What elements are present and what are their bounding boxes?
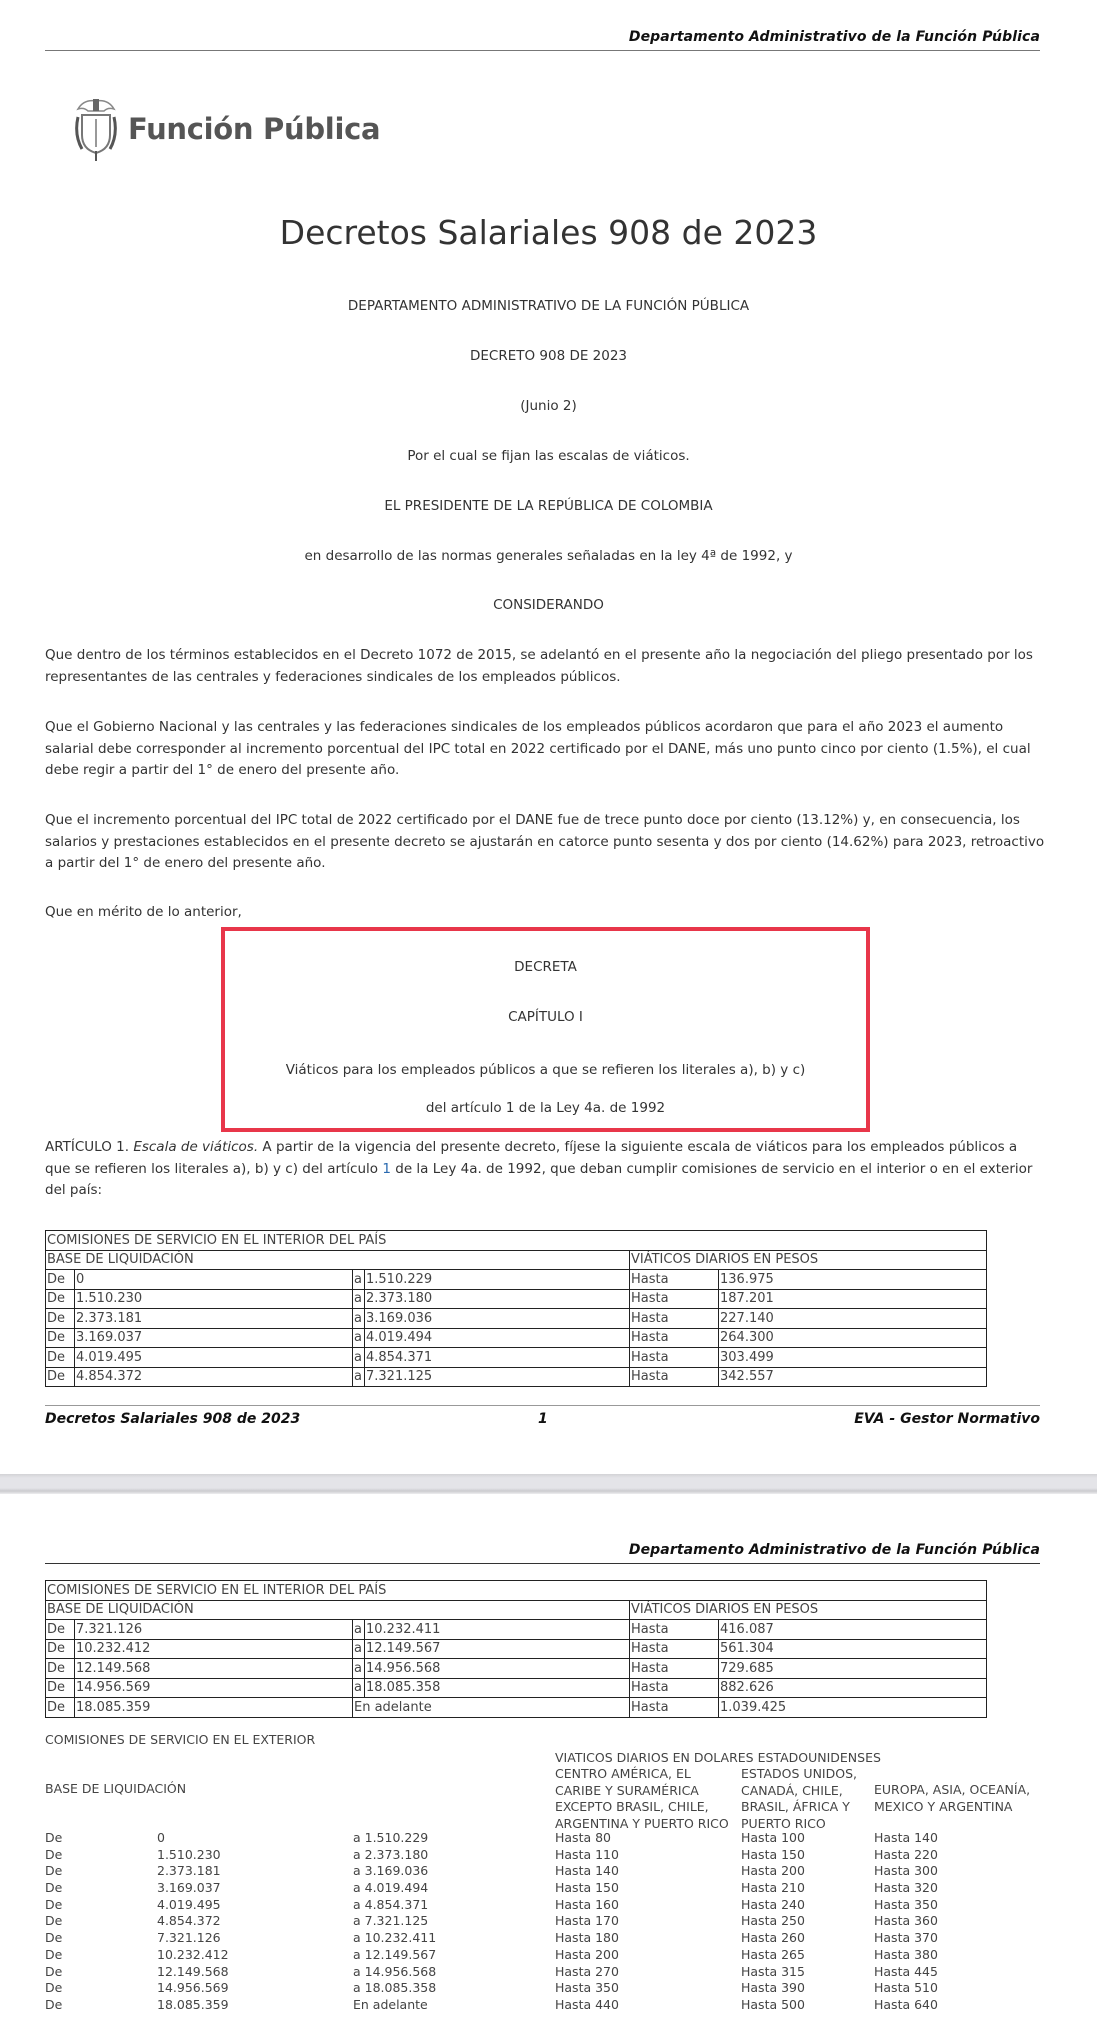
interior-table-title: COMISIONES DE SERVICIO EN EL INTERIOR DE… <box>46 1231 987 1251</box>
a-label: a <box>353 1270 365 1290</box>
range-to: a 4.854.371 <box>353 1897 555 1914</box>
region-3-value: Hasta 360 <box>874 1913 1024 1930</box>
range-from: 10.232.412 <box>75 1639 353 1659</box>
page-header-org: Departamento Administrativo de la Funció… <box>629 1542 1040 1558</box>
considering-paragraph-1: Que dentro de los términos establecidos … <box>45 645 1050 688</box>
region-3-value: Hasta 640 <box>874 1997 1024 2014</box>
chapter-title-line-2: del artículo 1 de la Ley 4a. de 1992 <box>225 1100 866 1116</box>
table-row: De4.019.495a4.854.371Hasta303.499 <box>46 1348 987 1368</box>
article-1-link[interactable]: 1 <box>382 1161 391 1177</box>
table-row: De1.510.230a2.373.180Hasta187.201 <box>46 1289 987 1309</box>
department-line: DEPARTAMENTO ADMINISTRATIVO DE LA FUNCIÓ… <box>0 298 1097 314</box>
table-row: De2.373.181a3.169.036Hasta227.140 <box>46 1309 987 1329</box>
range-to: a 7.321.125 <box>353 1913 555 1930</box>
a-label: a <box>353 1289 365 1309</box>
de-label: De <box>45 1863 157 1880</box>
table-row: De10.232.412a 12.149.567Hasta 200Hasta 2… <box>45 1947 1045 1964</box>
hasta-label: Hasta <box>630 1270 719 1290</box>
range-to: a 18.085.358 <box>353 1980 555 1997</box>
range-to: En adelante <box>353 1698 630 1718</box>
region-header-line: CANADÁ, CHILE, <box>741 1783 857 1800</box>
region-header-line: CARIBE Y SURAMÉRICA <box>555 1783 729 1800</box>
viatico-value: 264.300 <box>719 1328 987 1348</box>
region-3-value: Hasta 370 <box>874 1930 1024 1947</box>
viatico-value: 1.039.425 <box>719 1698 987 1718</box>
a-label: a <box>353 1659 365 1679</box>
range-to: En adelante <box>353 1997 555 2014</box>
region-1-value: Hasta 270 <box>555 1964 741 1981</box>
funcion-publica-logo: Función Pública <box>72 95 380 163</box>
hasta-label: Hasta <box>630 1309 719 1329</box>
range-from: 10.232.412 <box>157 1947 353 1964</box>
range-from: 18.085.359 <box>75 1698 353 1718</box>
region-3-value: Hasta 510 <box>874 1980 1024 1997</box>
range-from: 4.019.495 <box>75 1348 353 1368</box>
table-row: De14.956.569a 18.085.358Hasta 350Hasta 3… <box>45 1980 1045 1997</box>
footer-divider <box>45 1405 1040 1406</box>
region-2-value: Hasta 315 <box>741 1964 874 1981</box>
de-label: De <box>46 1270 75 1290</box>
region-3-value: Hasta 350 <box>874 1897 1024 1914</box>
range-from: 18.085.359 <box>157 1997 353 2014</box>
table-row: De3.169.037a 4.019.494Hasta 150Hasta 210… <box>45 1880 1045 1897</box>
table-row: De2.373.181a 3.169.036Hasta 140Hasta 200… <box>45 1863 1045 1880</box>
de-label: De <box>46 1348 75 1368</box>
table-row: De18.085.359En adelanteHasta 440Hasta 50… <box>45 1997 1045 2014</box>
hasta-label: Hasta <box>630 1328 719 1348</box>
de-label: De <box>46 1309 75 1329</box>
region-header-line: ESTADOS UNIDOS, <box>741 1766 857 1783</box>
decree-number: DECRETO 908 DE 2023 <box>0 348 1097 364</box>
range-from: 2.373.181 <box>75 1309 353 1329</box>
region-header-line: EXCEPTO BRASIL, CHILE, <box>555 1799 729 1816</box>
region-2-value: Hasta 100 <box>741 1830 874 1847</box>
exterior-base-header: BASE DE LIQUIDACIÓN <box>45 1781 186 1798</box>
base-header: BASE DE LIQUIDACIÓN <box>46 1600 630 1620</box>
range-to: a 10.232.411 <box>353 1930 555 1947</box>
range-to: a 12.149.567 <box>353 1947 555 1964</box>
region-1-value: Hasta 170 <box>555 1913 741 1930</box>
range-from: 2.373.181 <box>157 1863 353 1880</box>
viatico-value: 561.304 <box>719 1639 987 1659</box>
viatico-value: 136.975 <box>719 1270 987 1290</box>
region-1-value: Hasta 110 <box>555 1847 741 1864</box>
a-label: a <box>353 1348 365 1368</box>
table-row: De12.149.568a 14.956.568Hasta 270Hasta 3… <box>45 1964 1045 1981</box>
header-divider <box>45 1563 1040 1564</box>
chapter-title-line-1: Viáticos para los empleados públicos a q… <box>225 1062 866 1078</box>
range-from: 12.149.568 <box>157 1964 353 1981</box>
range-from: 14.956.569 <box>157 1980 353 1997</box>
viaticos-header: VIÁTICOS DIARIOS EN PESOS <box>630 1600 987 1620</box>
region-header-line: BRASIL, ÁFRICA Y <box>741 1799 857 1816</box>
footer-brand: EVA - Gestor Normativo <box>854 1411 1040 1427</box>
region-2-value: Hasta 240 <box>741 1897 874 1914</box>
page-separator <box>0 1474 1097 1494</box>
legal-basis-line: en desarrollo de las normas generales se… <box>0 548 1097 564</box>
footer-page-number: 1 <box>538 1411 548 1427</box>
region-header-line: MEXICO Y ARGENTINA <box>874 1799 1030 1816</box>
table-row: De4.019.495a 4.854.371Hasta 160Hasta 240… <box>45 1897 1045 1914</box>
range-from: 7.321.126 <box>157 1930 353 1947</box>
hasta-label: Hasta <box>630 1289 719 1309</box>
de-label: De <box>46 1367 75 1387</box>
table-row: De4.854.372a 7.321.125Hasta 170Hasta 250… <box>45 1913 1045 1930</box>
viatico-value: 416.087 <box>719 1620 987 1640</box>
region-2-value: Hasta 265 <box>741 1947 874 1964</box>
range-to: a 2.373.180 <box>353 1847 555 1864</box>
region-2-value: Hasta 500 <box>741 1997 874 2014</box>
footer-doc-title: Decretos Salariales 908 de 2023 <box>45 1411 300 1427</box>
region-3-value: Hasta 140 <box>874 1830 1024 1847</box>
range-from: 3.169.037 <box>157 1880 353 1897</box>
region-2-value: Hasta 150 <box>741 1847 874 1864</box>
viatico-value: 227.140 <box>719 1309 987 1329</box>
viatico-value: 303.499 <box>719 1348 987 1368</box>
hasta-label: Hasta <box>630 1620 719 1640</box>
range-to: a 14.956.568 <box>353 1964 555 1981</box>
hasta-label: Hasta <box>630 1639 719 1659</box>
president-line: EL PRESIDENTE DE LA REPÚBLICA DE COLOMBI… <box>0 498 1097 514</box>
region-1-value: Hasta 440 <box>555 1997 741 2014</box>
range-to: 12.149.567 <box>365 1639 630 1659</box>
range-to: 2.373.180 <box>365 1289 630 1309</box>
range-from: 12.149.568 <box>75 1659 353 1679</box>
range-from: 14.956.569 <box>75 1678 353 1698</box>
hasta-label: Hasta <box>630 1659 719 1679</box>
range-to: 14.956.568 <box>365 1659 630 1679</box>
colombia-coat-of-arms-icon <box>72 95 120 163</box>
region-1-value: Hasta 200 <box>555 1947 741 1964</box>
region-1-value: Hasta 80 <box>555 1830 741 1847</box>
region-1-value: Hasta 180 <box>555 1930 741 1947</box>
a-label: a <box>353 1367 365 1387</box>
region-2-value: Hasta 260 <box>741 1930 874 1947</box>
table-row: De12.149.568a14.956.568Hasta729.685 <box>46 1659 987 1679</box>
region-3-value: Hasta 300 <box>874 1863 1024 1880</box>
table-row: De3.169.037a4.019.494Hasta264.300 <box>46 1328 987 1348</box>
document-title: Decretos Salariales 908 de 2023 <box>0 213 1097 252</box>
table-row: De18.085.359En adelanteHasta1.039.425 <box>46 1698 987 1718</box>
region-1-value: Hasta 160 <box>555 1897 741 1914</box>
considering-paragraph-3: Que el incremento porcentual del IPC tot… <box>45 810 1050 875</box>
range-to: 7.321.125 <box>365 1367 630 1387</box>
range-from: 7.321.126 <box>75 1620 353 1640</box>
considering-heading: CONSIDERANDO <box>0 597 1097 613</box>
range-to: 4.019.494 <box>365 1328 630 1348</box>
de-label: De <box>45 1964 157 1981</box>
table-row: De7.321.126a10.232.411Hasta416.087 <box>46 1620 987 1640</box>
viatico-value: 882.626 <box>719 1678 987 1698</box>
document-page-2: Departamento Administrativo de la Funció… <box>0 1494 1097 2026</box>
region-3-value: Hasta 220 <box>874 1847 1024 1864</box>
range-to: a 3.169.036 <box>353 1863 555 1880</box>
range-from: 3.169.037 <box>75 1328 353 1348</box>
a-label: a <box>353 1309 365 1329</box>
viaticos-header: VIÁTICOS DIARIOS EN PESOS <box>630 1250 987 1270</box>
range-from: 4.854.372 <box>75 1367 353 1387</box>
de-label: De <box>45 1897 157 1914</box>
range-from: 1.510.230 <box>75 1289 353 1309</box>
de-label: De <box>46 1620 75 1640</box>
de-label: De <box>45 1947 157 1964</box>
region-header-line: EUROPA, ASIA, OCEANÍA, <box>874 1782 1030 1799</box>
decree-subject: Por el cual se fijan las escalas de viát… <box>0 448 1097 464</box>
interior-table-title: COMISIONES DE SERVICIO EN EL INTERIOR DE… <box>46 1581 987 1601</box>
de-label: De <box>46 1659 75 1679</box>
table-row: De10.232.412a12.149.567Hasta561.304 <box>46 1639 987 1659</box>
region-1-header: CENTRO AMÉRICA, ELCARIBE Y SURAMÉRICAEXC… <box>555 1766 729 1832</box>
viatico-value: 342.557 <box>719 1367 987 1387</box>
article-1-label: ARTÍCULO 1. <box>45 1139 129 1155</box>
de-label: De <box>46 1678 75 1698</box>
region-3-value: Hasta 320 <box>874 1880 1024 1897</box>
region-3-value: Hasta 445 <box>874 1964 1024 1981</box>
de-label: De <box>45 1830 157 1847</box>
de-label: De <box>45 1847 157 1864</box>
range-from: 4.019.495 <box>157 1897 353 1914</box>
range-to: 18.085.358 <box>365 1678 630 1698</box>
range-from: 1.510.230 <box>157 1847 353 1864</box>
article-1-heading: Escala de viáticos. <box>133 1139 258 1155</box>
region-2-value: Hasta 200 <box>741 1863 874 1880</box>
region-1-value: Hasta 140 <box>555 1863 741 1880</box>
hasta-label: Hasta <box>630 1348 719 1368</box>
region-header-line: CENTRO AMÉRICA, EL <box>555 1766 729 1783</box>
de-label: De <box>45 1980 157 1997</box>
range-to: 10.232.411 <box>365 1620 630 1640</box>
de-label: De <box>46 1328 75 1348</box>
table-row: De14.956.569a18.085.358Hasta882.626 <box>46 1678 987 1698</box>
document-page-1: Departamento Administrativo de la Funció… <box>0 0 1097 1474</box>
range-from: 0 <box>157 1830 353 1847</box>
interior-table-page-1: COMISIONES DE SERVICIO EN EL INTERIOR DE… <box>45 1230 987 1387</box>
de-label: De <box>46 1289 75 1309</box>
region-3-header: EUROPA, ASIA, OCEANÍA,MEXICO Y ARGENTINA <box>874 1782 1030 1815</box>
viatico-value: 729.685 <box>719 1659 987 1679</box>
table-row: De0a1.510.229Hasta136.975 <box>46 1270 987 1290</box>
a-label: a <box>353 1639 365 1659</box>
logo-text: Función Pública <box>128 112 380 146</box>
page-header-org: Departamento Administrativo de la Funció… <box>629 29 1040 45</box>
de-label: De <box>46 1698 75 1718</box>
region-1-value: Hasta 150 <box>555 1880 741 1897</box>
interior-table-page-2: COMISIONES DE SERVICIO EN EL INTERIOR DE… <box>45 1580 987 1718</box>
exterior-table-title: COMISIONES DE SERVICIO EN EL EXTERIOR <box>45 1732 315 1749</box>
a-label: a <box>353 1328 365 1348</box>
region-2-header: ESTADOS UNIDOS,CANADÁ, CHILE,BRASIL, ÁFR… <box>741 1766 857 1832</box>
chapter-heading: CAPÍTULO I <box>225 1009 866 1025</box>
table-row: De1.510.230a 2.373.180Hasta 110Hasta 150… <box>45 1847 1045 1864</box>
region-3-value: Hasta 380 <box>874 1947 1024 1964</box>
range-to: 1.510.229 <box>365 1270 630 1290</box>
range-to: a 1.510.229 <box>353 1830 555 1847</box>
decree-date: (Junio 2) <box>0 398 1097 414</box>
viatico-value: 187.201 <box>719 1289 987 1309</box>
range-from: 0 <box>75 1270 353 1290</box>
range-to: 3.169.036 <box>365 1309 630 1329</box>
hasta-label: Hasta <box>630 1367 719 1387</box>
usd-header: VIATICOS DIARIOS EN DOLARES ESTADOUNIDEN… <box>555 1750 881 1767</box>
table-row: De0a 1.510.229Hasta 80Hasta 100Hasta 140 <box>45 1830 1045 1847</box>
region-2-value: Hasta 210 <box>741 1880 874 1897</box>
decreta-heading: DECRETA <box>225 959 866 975</box>
hasta-label: Hasta <box>630 1678 719 1698</box>
base-header: BASE DE LIQUIDACIÓN <box>46 1250 630 1270</box>
range-from: 4.854.372 <box>157 1913 353 1930</box>
range-to: 4.854.371 <box>365 1348 630 1368</box>
hasta-label: Hasta <box>630 1698 719 1718</box>
table-row: De4.854.372a7.321.125Hasta342.557 <box>46 1367 987 1387</box>
region-1-value: Hasta 350 <box>555 1980 741 1997</box>
region-2-value: Hasta 250 <box>741 1913 874 1930</box>
de-label: De <box>45 1880 157 1897</box>
considering-paragraph-4: Que en mérito de lo anterior, <box>45 902 1050 924</box>
de-label: De <box>45 1997 157 2014</box>
range-to: a 4.019.494 <box>353 1880 555 1897</box>
header-divider <box>45 50 1040 51</box>
a-label: a <box>353 1620 365 1640</box>
considering-paragraph-2: Que el Gobierno Nacional y las centrales… <box>45 717 1050 782</box>
exterior-table: De0a 1.510.229Hasta 80Hasta 100Hasta 140… <box>45 1830 1045 2014</box>
de-label: De <box>45 1930 157 1947</box>
table-row: De7.321.126a 10.232.411Hasta 180Hasta 26… <box>45 1930 1045 1947</box>
de-label: De <box>45 1913 157 1930</box>
a-label: a <box>353 1678 365 1698</box>
highlight-box: DECRETA CAPÍTULO I Viáticos para los emp… <box>221 927 870 1132</box>
de-label: De <box>46 1639 75 1659</box>
article-1-paragraph: ARTÍCULO 1. Escala de viáticos. A partir… <box>45 1137 1045 1202</box>
region-2-value: Hasta 390 <box>741 1980 874 1997</box>
